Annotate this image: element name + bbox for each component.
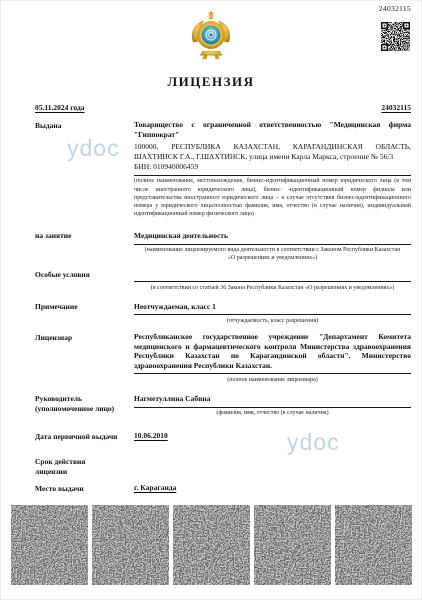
doc-number-top: 24032115: [379, 4, 411, 13]
first-issue-date: 10.06.2010: [134, 431, 168, 440]
field-activity: на занятие Медицинская деятельность (наи…: [35, 231, 411, 262]
field-label: Лицензиар: [35, 332, 134, 342]
field-label: на занятие: [35, 231, 134, 241]
field-label: Срок действия лицензии: [35, 456, 134, 476]
page-title: ЛИЦЕНЗИЯ: [1, 74, 421, 90]
field-label: Выдана: [35, 120, 134, 130]
field-label-line2: (уполномоченное лицо): [35, 404, 134, 414]
barcode-block-icon: [335, 505, 412, 585]
divider: [134, 313, 411, 315]
field-special-conditions: Особые условия (в соответствии со статье…: [35, 269, 411, 292]
barcode-block-icon: [254, 505, 331, 585]
licensee-name: Товарищество с ограниченной ответственно…: [134, 120, 411, 139]
field-label: Место выдачи: [35, 483, 134, 493]
divider: [134, 406, 411, 408]
divider: [134, 372, 411, 374]
remark-value: Неотчуждаемая, класс 1: [134, 302, 411, 312]
field-label: Руководитель (уполномоченное лицо): [35, 394, 134, 414]
divider: [134, 174, 411, 176]
activity-value: Медицинская деятельность: [134, 231, 411, 241]
licensee-address: 100000, РЕСПУБЛИКА КАЗАХСТАН, КАРАГАНДИН…: [134, 142, 411, 161]
divider: [134, 280, 411, 282]
qr-code: [380, 21, 411, 52]
field-label: Примечание: [35, 302, 134, 312]
data-barcode-strip: [11, 505, 412, 585]
barcode-block-icon: [92, 505, 169, 585]
document-header: 24032115: [1, 1, 421, 61]
field-note: (полное наименование, местонахождение, б…: [134, 177, 411, 217]
head-value: Нагметуллина Сабина: [134, 394, 411, 404]
barcode-block-icon: [173, 505, 250, 585]
field-first-issue: Дата первичной выдачи 10.06.2010: [35, 431, 411, 441]
issue-date: 05.11.2024 года: [35, 103, 85, 112]
field-validity: Срок действия лицензии: [35, 456, 411, 476]
field-issue-place: Место выдачи г. Караганда: [35, 483, 411, 493]
license-document: 24032115: [0, 0, 422, 600]
kazakhstan-coat-of-arms-icon: [189, 10, 233, 65]
barcode-block-icon: [11, 505, 88, 585]
field-note: (наименование лицензируемого вида деятел…: [134, 246, 411, 262]
field-issued-to: Выдана Товарищество с ограниченной ответ…: [35, 120, 411, 218]
field-note: (фамилия, имя, отчество (в случае наличи…: [134, 409, 411, 417]
license-number: 24032115: [381, 103, 411, 112]
licensee-bin: БИН: 010940006459: [134, 162, 411, 172]
divider: [134, 243, 411, 245]
license-fields: Выдана Товарищество с ограниченной ответ…: [35, 120, 411, 494]
date-number-row: 05.11.2024 года 24032115: [35, 103, 411, 112]
field-label: Особые условия: [35, 269, 134, 279]
field-label-line1: Руководитель: [35, 394, 134, 404]
field-note: (отчуждаемость, класс разрешения): [134, 317, 411, 325]
field-remark: Примечание Неотчуждаемая, класс 1 (отчуж…: [35, 302, 411, 325]
field-label: Дата первичной выдачи: [35, 431, 134, 441]
licensor-value: Республиканское государственное учрежден…: [134, 332, 411, 370]
issue-place-value: г. Караганда: [134, 483, 176, 492]
field-head: Руководитель (уполномоченное лицо) Нагме…: [35, 394, 411, 417]
field-licensor: Лицензиар Республиканское государственно…: [35, 332, 411, 384]
field-note: (полное наименование лицензиара): [134, 376, 411, 384]
field-note: (в соответствии со статьей 36 Закона Рес…: [134, 284, 411, 292]
field-label-line2: лицензии: [35, 467, 134, 477]
field-label-line1: Срок действия: [35, 457, 134, 467]
